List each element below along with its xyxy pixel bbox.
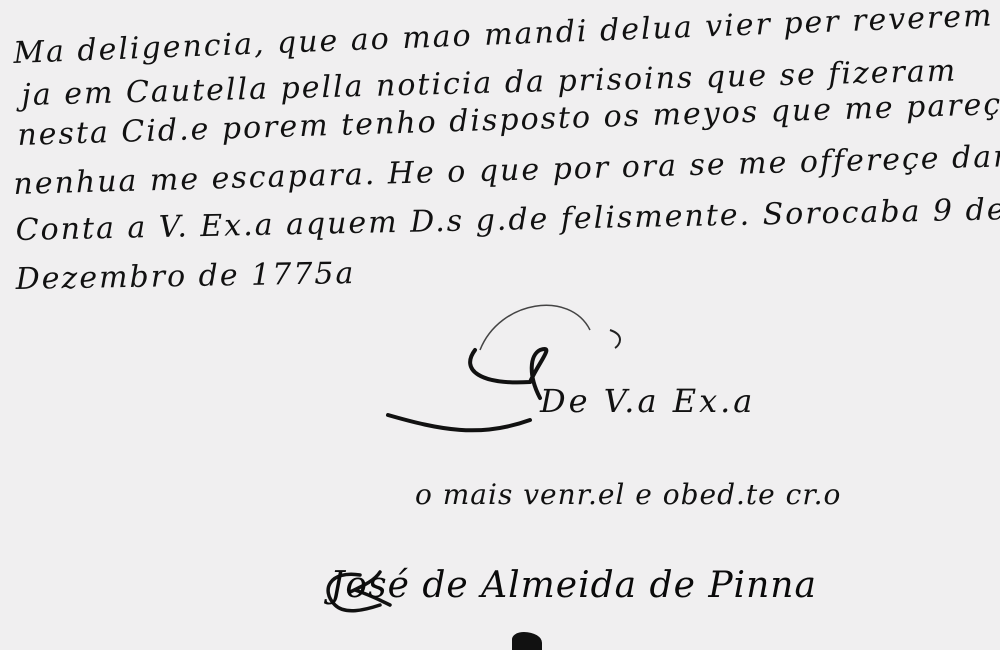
flourish-ornament-icon bbox=[380, 290, 800, 450]
ink-blot bbox=[512, 632, 542, 650]
closing-salutation: De V.a Ex.a bbox=[540, 382, 755, 420]
text-line-6-date: Dezembro de 1775a bbox=[15, 256, 355, 297]
manuscript-page: Ma deligencia, que ao mao mandi delua vi… bbox=[0, 0, 1000, 650]
text-line-5: Conta a V. Ex.a aquem D.s g.de felisment… bbox=[15, 192, 1000, 248]
servant-line: o mais venr.el e obed.te cr.o bbox=[415, 478, 841, 511]
text-line-4: nenhua me escapara. He o que por ora se … bbox=[13, 139, 1000, 202]
signature: José de Almeida de Pinna bbox=[330, 565, 817, 606]
